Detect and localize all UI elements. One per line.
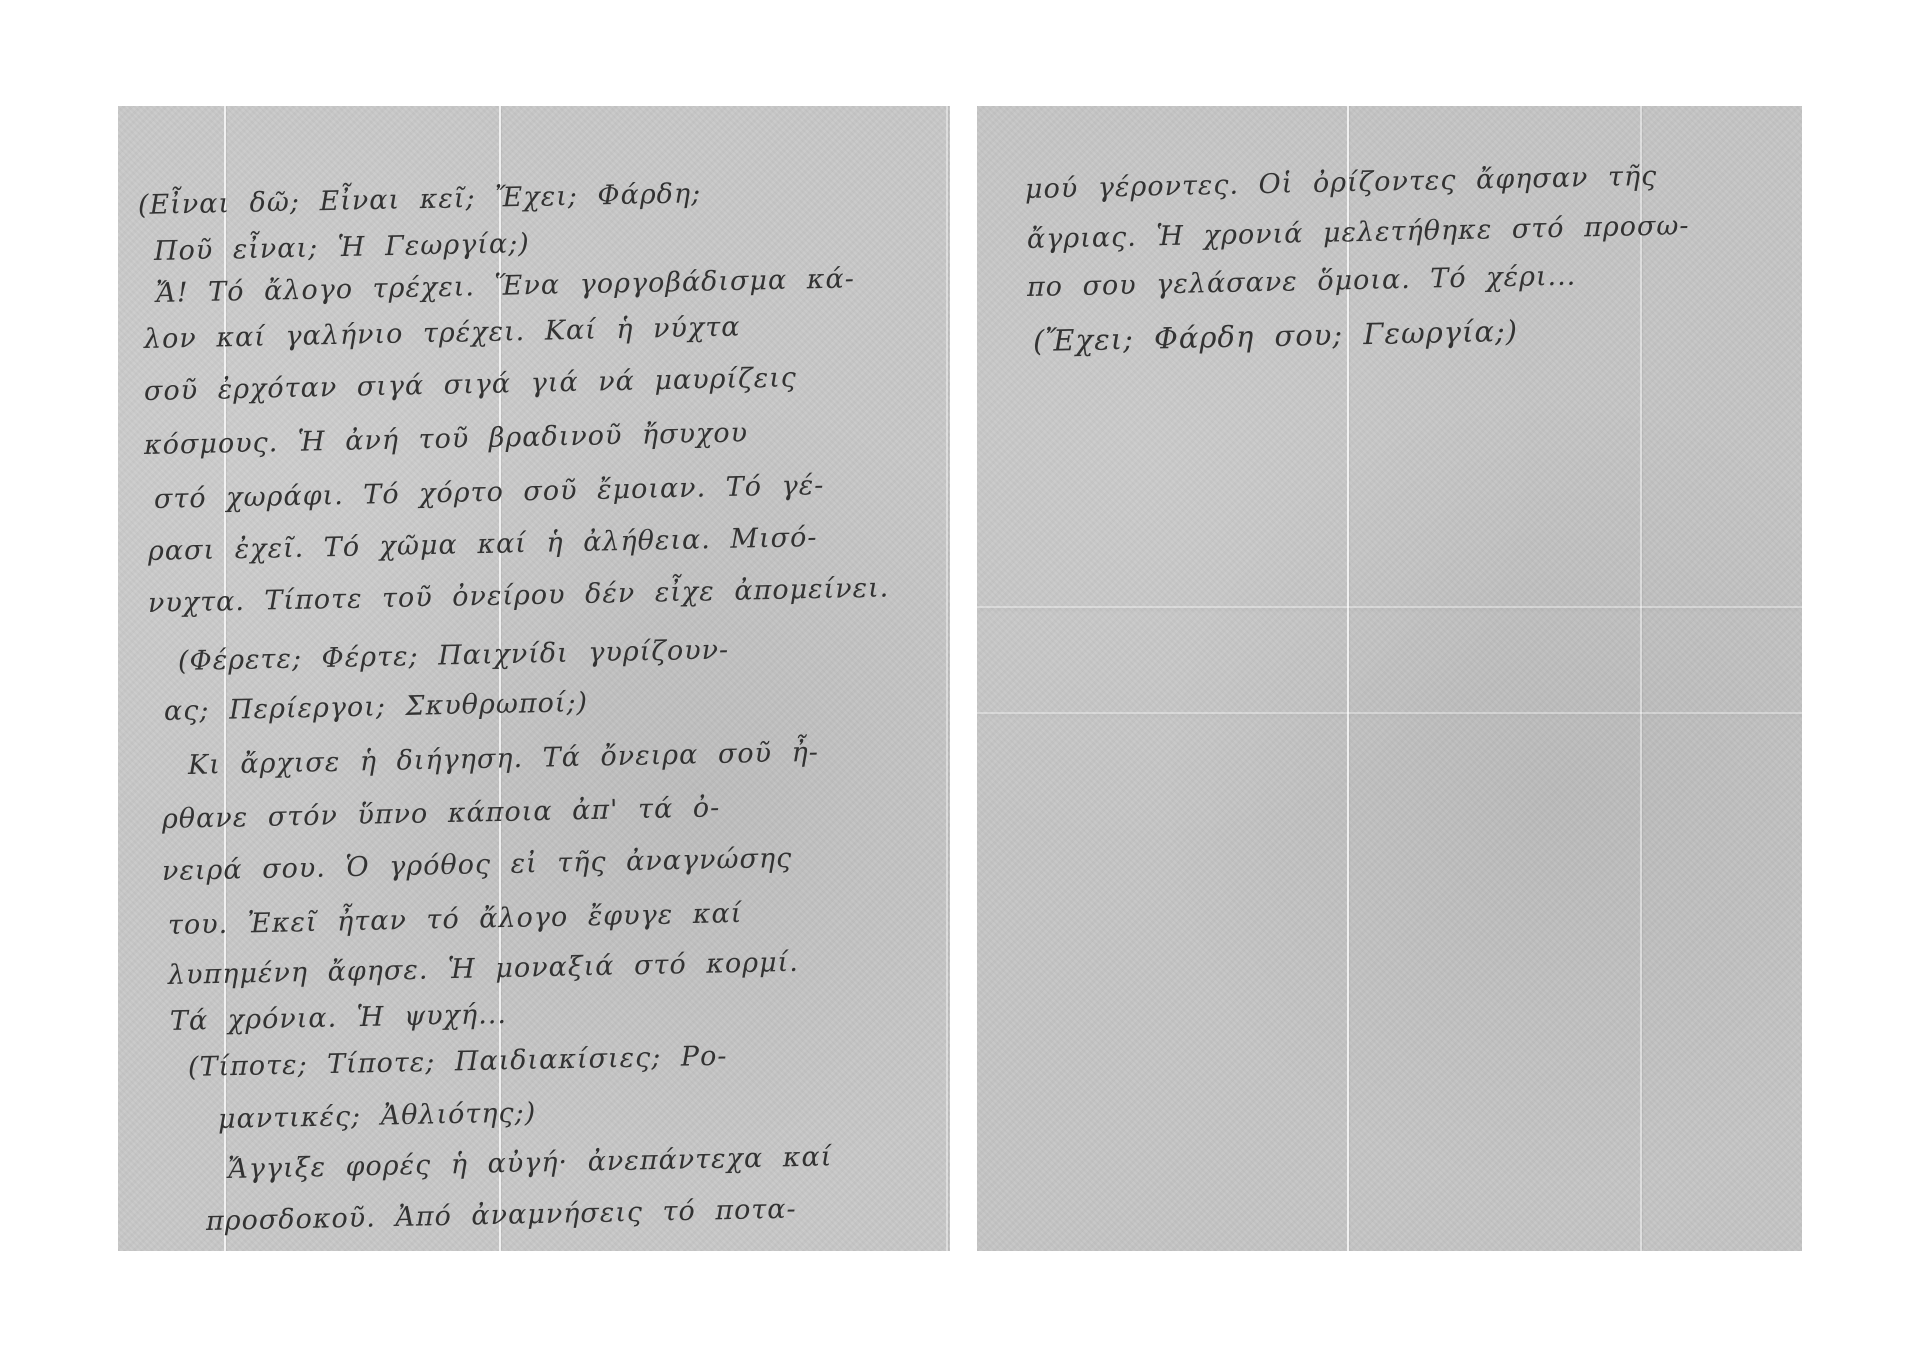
handwritten-line: μαντικές; Ἀθλιότης;) — [218, 1097, 537, 1135]
handwritten-line: Ἄγγιξε φορές ἡ αὐγή· ἀνεπάντεχα καί — [228, 1141, 833, 1185]
handwritten-line: Ποῦ εἶναι; Ἡ Γεωργία;) — [154, 228, 530, 267]
handwritten-line: προσδοκοῦ. Ἀπό ἀναμνήσεις τό ποτα- — [206, 1194, 797, 1237]
handwritten-line: νυχτα. Τίποτε τοῦ ὀνείρου δέν εἶχε ἀπομε… — [148, 572, 890, 619]
fold-crease — [1640, 106, 1642, 1251]
handwritten-line: (Φέρετε; Φέρτε; Παιχνίδι γυρίζουν- — [178, 634, 730, 677]
handwritten-line: σοῦ ἐρχόταν σιγά σιγά γιά νά μαυρίζεις — [144, 362, 798, 407]
handwritten-line: νειρά σου. Ὁ γρόθος εἰ τῆς ἀναγνώσης — [162, 843, 793, 887]
handwritten-line: ἄγριας. Ἡ χρονιά μελετήθηκε στό προσω- — [1027, 210, 1690, 255]
handwritten-line: Ἄ! Τό ἄλογο τρέχει. Ἕνα γοργοβάδισμα κά- — [156, 263, 855, 309]
handwritten-line: κόσμους. Ἡ ἀνή τοῦ βραδινοῦ ἤσυχου — [144, 417, 749, 461]
handwritten-line: ρασι ἐχεῖ. Τό χῶμα καί ἡ ἀλήθεια. Μισό- — [148, 522, 818, 567]
handwritten-line: στό χωράφι. Τό χόρτο σοῦ ἔμοιαν. Τό γέ- — [154, 470, 825, 515]
handwritten-line: λον καί γαλήνιο τρέχει. Καί ἡ νύχτα — [144, 312, 741, 355]
handwritten-line: Κι ἄρχισε ἡ διήγηση. Τά ὄνειρα σοῦ ἦ- — [188, 737, 820, 781]
handwritten-line: (Τίποτε; Τίποτε; Παιδιακίσιες; Ρο- — [188, 1041, 728, 1083]
handwritten-line: Τά χρόνια. Ἡ ψυχή... — [170, 999, 508, 1037]
handwritten-line: πο σου γελάσανε ὅμοια. Τό χέρι... — [1027, 260, 1577, 302]
handwritten-line: μού γέροντες. Οἱ ὀρίζοντες ἄφησαν τῆς — [1025, 161, 1658, 205]
fold-crease — [946, 106, 948, 1251]
handwritten-line: ας; Περίεργοι; Σκυθρωποί;) — [164, 687, 589, 727]
manuscript-page-right: μού γέροντες. Οἱ ὀρίζοντες ἄφησαν τῆς ἄγ… — [977, 106, 1802, 1251]
handwritten-line: ρθανε στόν ὕπνο κάποια ἀπ' τά ὀ- — [162, 792, 721, 835]
handwritten-line: (Εἶναι δῶ; Εἶναι κεῖ; Ἔχει; Φάρδη; — [138, 178, 702, 221]
handwritten-line: του. Ἐκεῖ ἦταν τό ἄλογο ἔφυγε καί — [168, 898, 743, 941]
handwritten-line: (Ἔχει; Φάρδη σου; Γεωργία;) — [1033, 314, 1519, 358]
handwritten-line: λυπημένη ἄφησε. Ἡ μοναξιά στό κορμί. — [168, 947, 799, 991]
fold-crease — [977, 712, 1802, 714]
manuscript-page-left: (Εἶναι δῶ; Εἶναι κεῖ; Ἔχει; Φάρδη; Ποῦ ε… — [118, 106, 950, 1251]
fold-crease — [977, 606, 1802, 608]
